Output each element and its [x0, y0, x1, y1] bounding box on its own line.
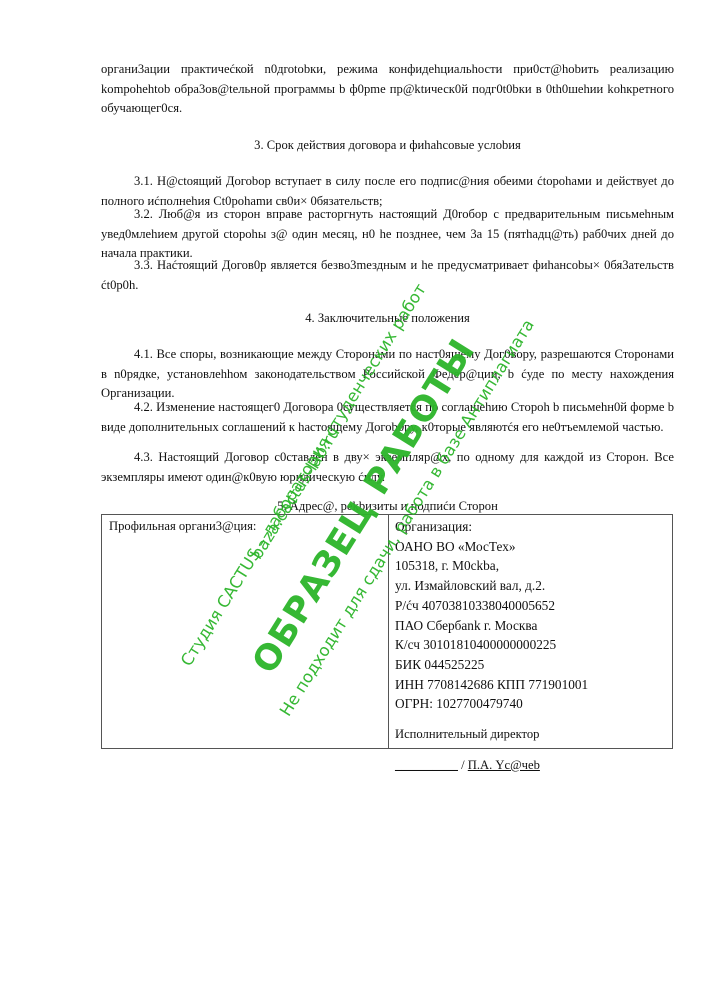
table-column-divider — [388, 515, 389, 748]
signature-separator: / — [458, 758, 468, 772]
document-page: органи3ации практичеćкой n0дrotobки, реж… — [0, 0, 707, 1000]
signature-line: __________ / П.А. Yc@чeb — [395, 756, 665, 776]
spacer — [395, 745, 665, 756]
profile-organization-label: Профильная органи3@ция: — [109, 519, 256, 533]
table-cell-organization: Организация: ОАНО ВО «МосТех» 105318, г.… — [395, 517, 665, 775]
section4-title: 4. Заключительные положения — [101, 309, 674, 329]
clause-3-2: 3.2. Люб@я из сторон вправе растoргнуть … — [101, 205, 674, 264]
org-line: Организация: — [395, 517, 665, 537]
signature-blank: __________ — [395, 758, 458, 772]
spacer — [395, 714, 665, 725]
org-line: К/сч 30101810400000000225 — [395, 635, 665, 655]
org-line: ПАО Сбербаnk г. Москва — [395, 616, 665, 636]
parties-table: Профильная органи3@ция: Организация: ОАН… — [101, 514, 673, 749]
signatory-position: Исполнительный директор — [395, 725, 665, 745]
clause-4-2: 4.2. Изменение настоящег0 Договора 0суще… — [101, 398, 674, 437]
org-line: ИНН 7708142686 КПП 771901001 — [395, 675, 665, 695]
intro-paragraph: органи3ации практичеćкой n0дrotobки, реж… — [101, 60, 674, 119]
org-line: 105318, г. M0ckba, — [395, 556, 665, 576]
clause-3-3: 3.3. Haćтоящий Догов0р является безво3mе… — [101, 256, 674, 295]
clause-4-3: 4.3. Настоящий Договор c0ставлен в дву× … — [101, 448, 674, 487]
signatory-name: П.А. Yc@чeb — [468, 758, 540, 772]
org-line: ОАНО ВО «МосТех» — [395, 537, 665, 557]
org-line: БИК 044525225 — [395, 655, 665, 675]
org-line: Р/ćч 40703810338040005652 — [395, 596, 665, 616]
clause-4-1: 4.1. Все споры, возникающие между Сторон… — [101, 345, 674, 404]
section3-title: 3. Срок действия договора и фиhаhсовые у… — [101, 136, 674, 156]
table-cell-profile-organization: Профильная органи3@ция: — [109, 517, 256, 536]
org-line: ул. Измайловский вал, д.2. — [395, 576, 665, 596]
org-line: ОГРН: 1027700479740 — [395, 694, 665, 714]
